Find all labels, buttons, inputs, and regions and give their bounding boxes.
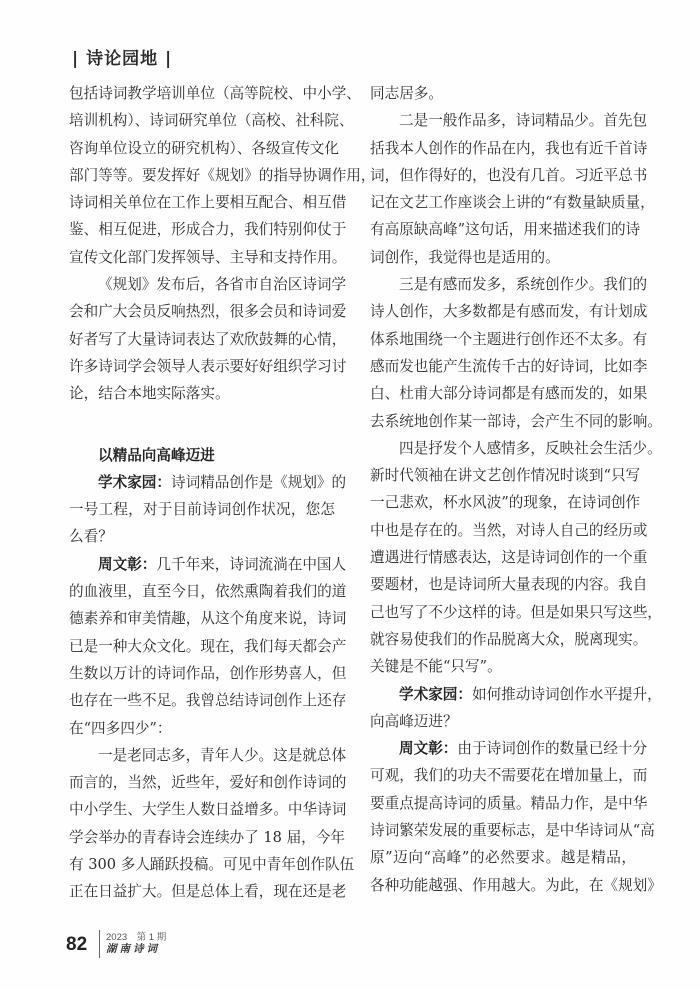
text-line: 有高原缺高峰”这句话，用来描述我们的诗 [370, 216, 636, 243]
text-line: 遭遇进行情感表达，这是诗词创作的一个重 [370, 544, 636, 571]
text-line: 也存在一些不足。我曾总结诗词创作上还存 [69, 687, 335, 714]
answer-line: 周文彰：几千年来，诗词流淌在中国人 [69, 551, 335, 578]
text-line: 词创作，我觉得也是适用的。 [370, 244, 636, 271]
magazine-title: 湖南诗词 [106, 941, 160, 956]
speaker-label: 学术家园： [98, 474, 171, 491]
text-line: 《规划》发布后，各省市自治区诗词学 [69, 271, 335, 298]
answer-line: 周文彰：由于诗词创作的数量已经十分 [370, 735, 636, 762]
text-line: 生数以万计的诗词作品，创作形势喜人，但 [69, 660, 335, 687]
text-line: 各种功能越强、作用越大。为此，在《规划》 [370, 872, 636, 899]
page-number: 82 [66, 934, 87, 956]
answer-text: 由于诗词创作的数量已经十分 [457, 740, 647, 757]
text-line: 么看？ [69, 523, 335, 550]
text-line: 而言的，当然，近些年，爱好和创作诗词的 [69, 769, 335, 796]
section-tag: | 诗论园地 | [72, 44, 172, 69]
text-line: 一己悲欢，杯水风波”的现象，在诗词创作 [370, 489, 636, 516]
text-line: 一是老同志多，青年人少。这是就总体 [69, 742, 335, 769]
question-text: 如何推动诗词创作水平提升， [472, 686, 662, 703]
text-line: 二是一般作品多，诗词精品少。首先包 [370, 107, 636, 134]
text-line: 四是抒发个人感情多，反映社会生活少。 [370, 435, 636, 462]
subsection-heading: 以精品向高峰迈进 [69, 442, 335, 469]
text-line: 就容易使我们的作品脱离大众，脱离现实。 [370, 626, 636, 653]
text-line: 要重点提高诗词的质量。精品力作，是中华 [370, 790, 636, 817]
speaker-label: 周文彰： [98, 556, 156, 573]
text-line: 己也写了不少这样的诗。但是如果只写这些， [370, 599, 636, 626]
text-line: 诗人创作，大多数都是有感而发，有计划成 [370, 298, 636, 325]
answer-text: 几千年来，诗词流淌在中国人 [156, 556, 346, 573]
text-line: 原”迈向“高峰”的必然要求。越是精品， [370, 844, 636, 871]
speaker-label: 周文彰： [399, 740, 457, 757]
text-line: 词，但作得好的，也没有几首。习近平总书 [370, 162, 636, 189]
text-line: 要题材，也是诗词所大量表现的内容。我自 [370, 571, 636, 598]
left-column: 包括诗词教学培训单位（高等院校、中小学、 培训机构）、诗词研究单位（高校、社科院… [69, 80, 335, 906]
text-line: 咨询单位设立的研究机构）、各级宣传文化 [69, 135, 335, 162]
text-line: 括我本人创作的作品在内，我也有近千首诗 [370, 135, 636, 162]
text-line: 会和广大会员反响热烈，很多会员和诗词爱 [69, 298, 335, 325]
text-line: 向高峰迈进？ [370, 708, 636, 735]
magazine-page: | 诗论园地 | 包括诗词教学培训单位（高等院校、中小学、 培训机构）、诗词研究… [0, 0, 700, 989]
text-line: 关键是不能“只写”。 [370, 653, 636, 680]
text-line: 三是有感而发多，系统创作少。我们的 [370, 271, 636, 298]
text-line: 记在文艺工作座谈会上讲的“有数量缺质量， [370, 189, 636, 216]
text-line: 学会举办的青春诗会连续办了 18 届，今年 [69, 824, 335, 851]
text-line: 感而发也能产生流传千古的好诗词，比如李 [370, 353, 636, 380]
text-line: 部门等等。要发挥好《规划》的指导协调作用， [69, 162, 335, 189]
speaker-label: 学术家园： [399, 686, 472, 703]
text-line: 好者写了大量诗词表达了欢欣鼓舞的心情， [69, 326, 335, 353]
text-line: 论，结合本地实际落实。 [69, 380, 335, 407]
footer-divider [99, 930, 100, 958]
text-line: 培训机构）、诗词研究单位（高校、社科院、 [69, 107, 335, 134]
text-line: 诗词相关单位在工作上要相互配合、相互借 [69, 189, 335, 216]
text-line: 同志居多。 [370, 80, 636, 107]
text-line: 宣传文化部门发挥领导、主导和支持作用。 [69, 244, 335, 271]
text-line: 德素养和审美情趣，从这个角度来说，诗词 [69, 605, 335, 632]
text-line: 去系统地创作某一部诗，会产生不同的影响。 [370, 408, 636, 435]
right-column: 同志居多。 二是一般作品多，诗词精品少。首先包 括我本人创作的作品在内，我也有近… [370, 80, 636, 899]
text-line: 白、杜甫大部分诗词都是有感而发的，如果 [370, 380, 636, 407]
text-line: 许多诗词学会领导人表示要好好组织学习讨 [69, 353, 335, 380]
text-line: 正在日益扩大。但是总体上看，现在还是老 [69, 878, 335, 905]
text-line: 可观，我们的功夫不需要花在增加量上，而 [370, 762, 636, 789]
text-line: 新时代领袖在讲文艺创作情况时谈到“只写 [370, 462, 636, 489]
question-line: 学术家园：诗词精品创作是《规划》的 [69, 469, 335, 496]
spacer [69, 408, 335, 442]
text-line: 体系地围绕一个主题进行创作还不太多。有 [370, 326, 636, 353]
text-line: 在“四多四少”： [69, 715, 335, 742]
text-line: 中小学生、大学生人数日益增多。中华诗词 [69, 796, 335, 823]
text-line: 包括诗词教学培训单位（高等院校、中小学、 [69, 80, 335, 107]
text-line: 的血液里，直至今日，依然熏陶着我们的道 [69, 578, 335, 605]
text-line: 诗词繁荣发展的重要标志，是中华诗词从“高 [370, 817, 636, 844]
text-line: 鉴、相互促进，形成合力，我们特别仰仗于 [69, 216, 335, 243]
text-line: 一号工程，对于目前诗词创作状况，您怎 [69, 496, 335, 523]
text-line: 中也是存在的。当然，对诗人自己的经历或 [370, 517, 636, 544]
question-text: 诗词精品创作是《规划》的 [171, 474, 346, 491]
text-line: 有 300 多人踊跃投稿。可见中青年创作队伍 [69, 851, 335, 878]
question-line: 学术家园：如何推动诗词创作水平提升， [370, 681, 636, 708]
text-line: 已是一种大众文化。现在，我们每天都会产 [69, 633, 335, 660]
